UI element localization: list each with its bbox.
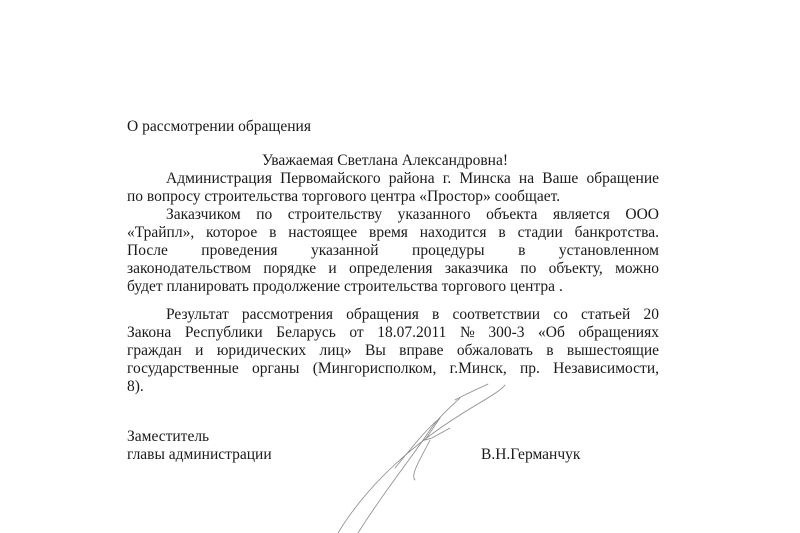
signer-position-line-1: Заместитель: [127, 428, 209, 446]
paragraph-3-line-4: государственные органы (Мингорисполком, …: [127, 360, 659, 378]
paragraph-2-line-3: После проведения указанной процедуры в у…: [127, 242, 659, 260]
subject-line: О рассмотрении обращения: [127, 118, 311, 136]
paragraph-2-line-4: законодательством порядке и определения …: [127, 260, 659, 278]
paragraph-3-line-3: граждан и юридических лиц» Вы вправе обж…: [127, 342, 659, 360]
paragraph-1-line-2: по вопросу строительства торгового центр…: [127, 188, 560, 206]
signer-position-line-2: главы администрации: [127, 446, 272, 464]
salutation: Уважаемая Светлана Александровна!: [262, 152, 508, 170]
paragraph-3-line-5: 8).: [127, 378, 144, 396]
paragraph-3-line-1: Результат рассмотрения обращения в соотв…: [166, 306, 659, 324]
paragraph-1-line-1: Администрация Первомайского района г. Ми…: [166, 170, 659, 188]
letter-page: О рассмотрении обращения Уважаемая Светл…: [0, 0, 800, 533]
signer-name: В.Н.Германчук: [481, 446, 580, 464]
paragraph-3-line-2: Закона Республики Беларусь от 18.07.2011…: [127, 324, 659, 342]
paragraph-2-line-2: «Трайпл», которое в настоящее время нахо…: [127, 224, 659, 242]
paragraph-2-line-5: будет планировать продолжение строительс…: [127, 278, 563, 296]
paragraph-2-line-1: Заказчиком по строительству указанного о…: [166, 206, 659, 224]
